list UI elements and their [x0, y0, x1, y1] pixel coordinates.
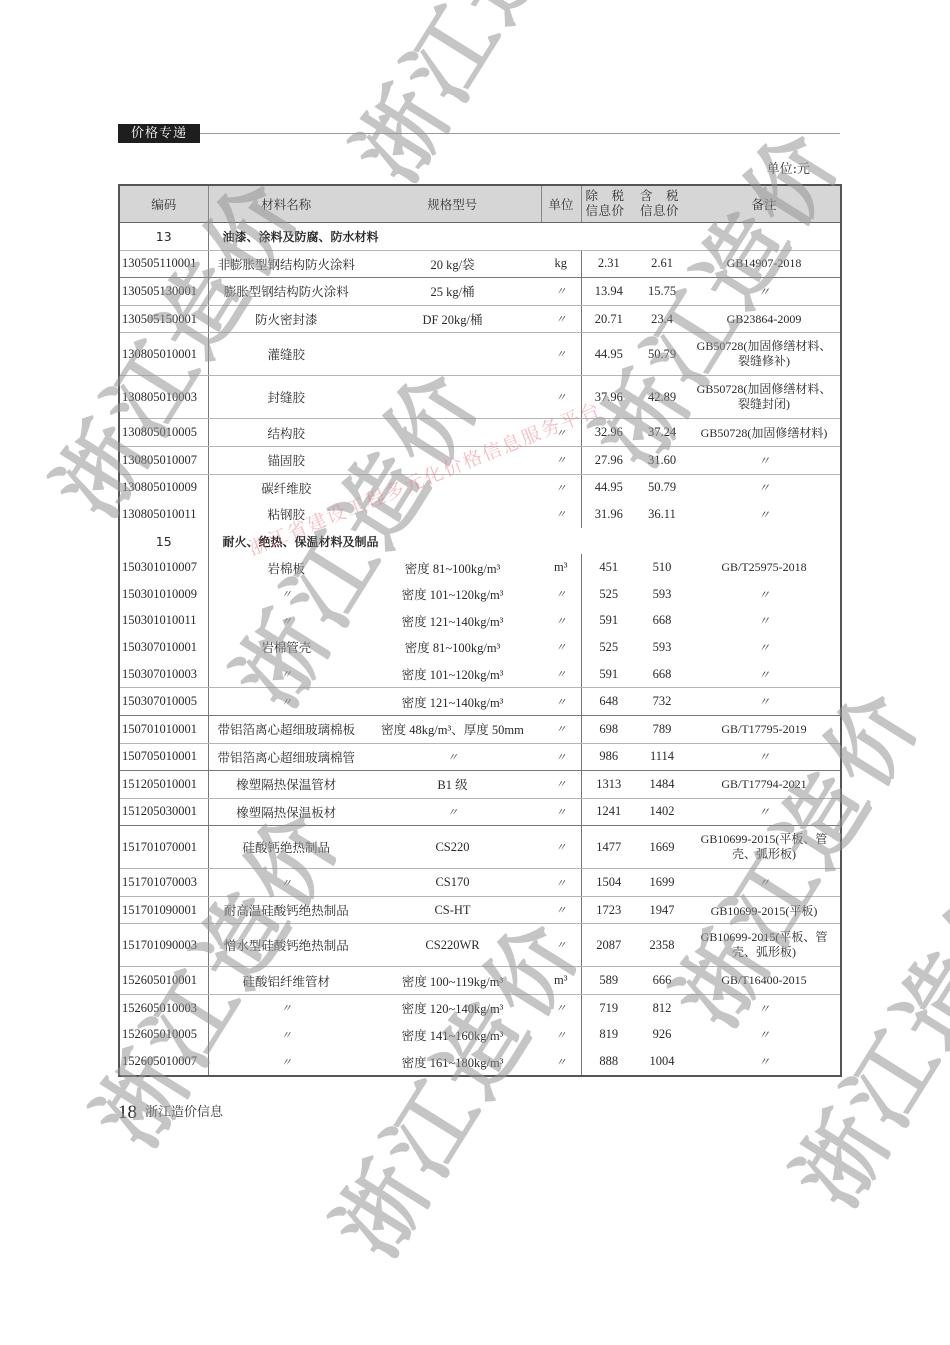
cell-code: 150301010011 — [119, 608, 208, 635]
cell-spec: DF 20kg/桶 — [364, 305, 541, 333]
cell-material-name: 〃 — [208, 608, 364, 635]
cell-unit: 〃 — [541, 581, 581, 608]
cell-spec: 20 kg/袋 — [364, 250, 541, 278]
cell-ex-tax-price: 32.96 — [581, 419, 636, 447]
table-row: 151701070001硅酸钙绝热制品CS220〃14771669GB10699… — [119, 826, 841, 869]
cell-unit: 〃 — [541, 419, 581, 447]
cell-code: 152605010001 — [119, 967, 208, 995]
cell-in-tax-price: 23.4 — [636, 305, 688, 333]
cell-spec — [364, 474, 541, 501]
cell-in-tax-price: 1004 — [636, 1048, 688, 1076]
cell-in-tax-price: 31.60 — [636, 446, 688, 474]
col-header-spec: 规格型号 — [364, 185, 541, 223]
cell-in-tax-price: 668 — [636, 608, 688, 635]
cell-spec: 25 kg/桶 — [364, 278, 541, 306]
cell-in-tax-price: 42.89 — [636, 376, 688, 419]
cell-note: 〃 — [688, 446, 841, 474]
cell-code: 130505130001 — [119, 278, 208, 306]
cell-note: GB50728(加固修缮材料、裂缝封闭) — [688, 376, 841, 419]
cell-ex-tax-price: 2087 — [581, 924, 636, 967]
table-row: 150301010009〃密度 101~120kg/m³〃525593〃 — [119, 581, 841, 608]
col-header-ex-tax-line1: 除 税 — [582, 189, 637, 204]
cell-spec: 〃 — [364, 798, 541, 826]
cell-unit: 〃 — [541, 688, 581, 716]
cell-unit: 〃 — [541, 826, 581, 869]
section-title: 油漆、涂料及防腐、防水材料 — [208, 223, 841, 251]
cell-material-name: 〃 — [208, 581, 364, 608]
col-header-unit: 单位 — [541, 185, 581, 223]
cell-code: 130805010011 — [119, 501, 208, 528]
table-row: 150301010011〃密度 121~140kg/m³〃591668〃 — [119, 608, 841, 635]
cell-unit: 〃 — [541, 1048, 581, 1076]
cell-ex-tax-price: 13.94 — [581, 278, 636, 306]
cell-ex-tax-price: 698 — [581, 715, 636, 743]
cell-spec: 密度 121~140kg/m³ — [364, 688, 541, 716]
cell-note: 〃 — [688, 581, 841, 608]
cell-spec: 密度 48kg/m³、厚度 50mm — [364, 715, 541, 743]
cell-material-name: 灌缝胶 — [208, 333, 364, 376]
table-row: 130505130001膨胀型钢结构防火涂料25 kg/桶〃13.9415.75… — [119, 278, 841, 306]
cell-ex-tax-price: 1504 — [581, 869, 636, 897]
cell-note: GB/T16400-2015 — [688, 967, 841, 995]
cell-note: GB23864-2009 — [688, 305, 841, 333]
cell-spec — [364, 376, 541, 419]
cell-unit: 〃 — [541, 634, 581, 661]
table-body: 13油漆、涂料及防腐、防水材料130505110001非膨胀型钢结构防火涂料20… — [119, 223, 841, 1076]
cell-code: 151701090003 — [119, 924, 208, 967]
cell-note: 〃 — [688, 501, 841, 528]
cell-in-tax-price: 732 — [636, 688, 688, 716]
cell-in-tax-price: 789 — [636, 715, 688, 743]
cell-code: 152605010005 — [119, 1022, 208, 1049]
cell-ex-tax-price: 986 — [581, 743, 636, 771]
cell-unit: 〃 — [541, 924, 581, 967]
cell-spec — [364, 419, 541, 447]
cell-ex-tax-price: 1723 — [581, 896, 636, 924]
cell-material-name: 岩棉管壳 — [208, 634, 364, 661]
cell-code: 151205010001 — [119, 771, 208, 799]
cell-unit: 〃 — [541, 501, 581, 528]
table-row: 151205030001橡塑隔热保温板材〃〃12411402〃 — [119, 798, 841, 826]
cell-in-tax-price: 668 — [636, 661, 688, 688]
col-header-code: 编码 — [119, 185, 208, 223]
cell-material-name: 封缝胶 — [208, 376, 364, 419]
table-row: 130805010001灌缝胶〃44.9550.79GB50728(加固修缮材料… — [119, 333, 841, 376]
cell-note: GB50728(加固修缮材料) — [688, 419, 841, 447]
cell-spec: 密度 81~100kg/m³ — [364, 634, 541, 661]
cell-ex-tax-price: 648 — [581, 688, 636, 716]
watermark-gray: 浙江造价 — [320, 0, 626, 202]
table-row: 151701090001耐高温硅酸钙绝热制品CS-HT〃17231947GB10… — [119, 896, 841, 924]
cell-ex-tax-price: 525 — [581, 634, 636, 661]
cell-note: GB50728(加固修缮材料、裂缝修补) — [688, 333, 841, 376]
price-table-container: 编码 材料名称 规格型号 单位 除 税 信息价 含 税 信息价 备注 13油漆、… — [118, 184, 840, 1077]
cell-in-tax-price: 926 — [636, 1022, 688, 1049]
cell-material-name: 锚固胶 — [208, 446, 364, 474]
cell-note: 〃 — [688, 634, 841, 661]
cell-note: GB/T25975-2018 — [688, 554, 841, 581]
cell-ex-tax-price: 1241 — [581, 798, 636, 826]
cell-unit: 〃 — [541, 743, 581, 771]
table-row: 150307010005〃密度 121~140kg/m³〃648732〃 — [119, 688, 841, 716]
magazine-name: 浙江造价信息 — [145, 1105, 223, 1120]
col-header-ex-tax-line2: 信息价 — [582, 204, 637, 219]
cell-code: 152605010003 — [119, 995, 208, 1022]
cell-code: 151701090001 — [119, 896, 208, 924]
cell-code: 151205030001 — [119, 798, 208, 826]
unit-note: 单位:元 — [767, 158, 810, 177]
col-header-in-tax: 含 税 信息价 — [636, 185, 688, 223]
table-row: 150307010001岩棉管壳密度 81~100kg/m³〃525593〃 — [119, 634, 841, 661]
cell-in-tax-price: 666 — [636, 967, 688, 995]
cell-code: 150705010001 — [119, 743, 208, 771]
cell-ex-tax-price: 591 — [581, 608, 636, 635]
cell-material-name: 橡塑隔热保温板材 — [208, 798, 364, 826]
section-header-row: 13油漆、涂料及防腐、防水材料 — [119, 223, 841, 251]
cell-code: 150307010005 — [119, 688, 208, 716]
cell-unit: 〃 — [541, 278, 581, 306]
cell-code: 130805010009 — [119, 474, 208, 501]
cell-in-tax-price: 1669 — [636, 826, 688, 869]
cell-unit: 〃 — [541, 995, 581, 1022]
cell-code: 130805010001 — [119, 333, 208, 376]
cell-in-tax-price: 50.79 — [636, 333, 688, 376]
cell-code: 130805010003 — [119, 376, 208, 419]
cell-spec: 〃 — [364, 743, 541, 771]
cell-spec: B1 级 — [364, 771, 541, 799]
col-header-ex-tax: 除 税 信息价 — [581, 185, 636, 223]
table-row: 151701090003憎水型硅酸钙绝热制品CS220WR〃20872358GB… — [119, 924, 841, 967]
cell-spec: 密度 121~140kg/m³ — [364, 608, 541, 635]
cell-unit: 〃 — [541, 1022, 581, 1049]
cell-spec — [364, 446, 541, 474]
table-row: 152605010005〃密度 141~160kg/m³〃819926〃 — [119, 1022, 841, 1049]
cell-material-name: 〃 — [208, 869, 364, 897]
cell-ex-tax-price: 451 — [581, 554, 636, 581]
cell-ex-tax-price: 819 — [581, 1022, 636, 1049]
cell-spec: 密度 101~120kg/m³ — [364, 581, 541, 608]
cell-in-tax-price: 593 — [636, 634, 688, 661]
cell-code: 151701070001 — [119, 826, 208, 869]
cell-material-name: 防火密封漆 — [208, 305, 364, 333]
cell-code: 130505110001 — [119, 250, 208, 278]
cell-spec — [364, 501, 541, 528]
cell-in-tax-price: 1114 — [636, 743, 688, 771]
cell-code: 130805010005 — [119, 419, 208, 447]
table-row: 130805010007锚固胶〃27.9631.60〃 — [119, 446, 841, 474]
cell-note: 〃 — [688, 798, 841, 826]
cell-material-name: 带铝箔离心超细玻璃棉板 — [208, 715, 364, 743]
col-header-in-tax-line2: 信息价 — [636, 204, 688, 219]
cell-unit: 〃 — [541, 608, 581, 635]
cell-spec: 密度 141~160kg/m³ — [364, 1022, 541, 1049]
cell-in-tax-price: 50.79 — [636, 474, 688, 501]
section-code: 15 — [119, 528, 208, 555]
cell-note: 〃 — [688, 661, 841, 688]
cell-note: 〃 — [688, 474, 841, 501]
cell-material-name: 〃 — [208, 1022, 364, 1049]
cell-code: 150701010001 — [119, 715, 208, 743]
cell-spec: CS220 — [364, 826, 541, 869]
table-row: 152605010003〃密度 120~140kg/m³〃719812〃 — [119, 995, 841, 1022]
cell-spec: 密度 81~100kg/m³ — [364, 554, 541, 581]
cell-in-tax-price: 1484 — [636, 771, 688, 799]
cell-note: 〃 — [688, 1022, 841, 1049]
cell-ex-tax-price: 27.96 — [581, 446, 636, 474]
cell-in-tax-price: 593 — [636, 581, 688, 608]
table-row: 151205010001橡塑隔热保温管材B1 级〃13131484GB/T177… — [119, 771, 841, 799]
cell-note: GB10699-2015(平板、管壳、弧形板) — [688, 924, 841, 967]
cell-code: 150301010009 — [119, 581, 208, 608]
page-footer: 18浙江造价信息 — [118, 1101, 223, 1124]
cell-spec — [364, 333, 541, 376]
cell-ex-tax-price: 44.95 — [581, 333, 636, 376]
cell-unit: 〃 — [541, 715, 581, 743]
col-header-note: 备注 — [688, 185, 841, 223]
cell-material-name: 硅酸铝纤维管材 — [208, 967, 364, 995]
cell-unit: 〃 — [541, 376, 581, 419]
cell-code: 130805010007 — [119, 446, 208, 474]
page-number: 18 — [118, 1102, 137, 1123]
cell-in-tax-price: 37.24 — [636, 419, 688, 447]
cell-material-name: 〃 — [208, 688, 364, 716]
cell-ex-tax-price: 719 — [581, 995, 636, 1022]
cell-in-tax-price: 36.11 — [636, 501, 688, 528]
cell-unit: m³ — [541, 554, 581, 581]
cell-note: 〃 — [688, 278, 841, 306]
cell-spec: CS170 — [364, 869, 541, 897]
cell-material-name: 碳纤维胶 — [208, 474, 364, 501]
cell-in-tax-price: 15.75 — [636, 278, 688, 306]
section-title: 耐火、绝热、保温材料及制品 — [208, 528, 841, 555]
cell-spec: 密度 120~140kg/m³ — [364, 995, 541, 1022]
cell-note: 〃 — [688, 743, 841, 771]
section-tag: 价格专递 — [118, 124, 200, 143]
cell-code: 151701070003 — [119, 869, 208, 897]
cell-note: 〃 — [688, 869, 841, 897]
col-header-name: 材料名称 — [208, 185, 364, 223]
table-row: 130505110001非膨胀型钢结构防火涂料20 kg/袋kg2.312.61… — [119, 250, 841, 278]
cell-unit: 〃 — [541, 798, 581, 826]
cell-material-name: 〃 — [208, 995, 364, 1022]
cell-unit: 〃 — [541, 869, 581, 897]
cell-material-name: 岩棉板 — [208, 554, 364, 581]
cell-code: 150307010003 — [119, 661, 208, 688]
table-row: 150301010007岩棉板密度 81~100kg/m³m³451510GB/… — [119, 554, 841, 581]
cell-in-tax-price: 1402 — [636, 798, 688, 826]
cell-in-tax-price: 1947 — [636, 896, 688, 924]
cell-code: 130505150001 — [119, 305, 208, 333]
cell-note: GB/T17794-2021 — [688, 771, 841, 799]
table-row: 152605010007〃密度 161~180kg/m³〃8881004〃 — [119, 1048, 841, 1076]
col-header-in-tax-line1: 含 税 — [636, 189, 688, 204]
cell-material-name: 〃 — [208, 1048, 364, 1076]
cell-ex-tax-price: 1313 — [581, 771, 636, 799]
cell-material-name: 非膨胀型钢结构防火涂料 — [208, 250, 364, 278]
cell-ex-tax-price: 591 — [581, 661, 636, 688]
cell-unit: 〃 — [541, 305, 581, 333]
cell-in-tax-price: 2.61 — [636, 250, 688, 278]
cell-in-tax-price: 2358 — [636, 924, 688, 967]
cell-in-tax-price: 1699 — [636, 869, 688, 897]
cell-material-name: 带铝箔离心超细玻璃棉管 — [208, 743, 364, 771]
cell-unit: 〃 — [541, 446, 581, 474]
cell-material-name: 膨胀型钢结构防火涂料 — [208, 278, 364, 306]
cell-ex-tax-price: 44.95 — [581, 474, 636, 501]
cell-ex-tax-price: 31.96 — [581, 501, 636, 528]
cell-in-tax-price: 812 — [636, 995, 688, 1022]
table-row: 130805010011粘钢胶〃31.9636.11〃 — [119, 501, 841, 528]
cell-material-name: 结构胶 — [208, 419, 364, 447]
cell-material-name: 硅酸钙绝热制品 — [208, 826, 364, 869]
cell-unit: kg — [541, 250, 581, 278]
table-row: 150701010001带铝箔离心超细玻璃棉板密度 48kg/m³、厚度 50m… — [119, 715, 841, 743]
cell-unit: 〃 — [541, 661, 581, 688]
cell-unit: m³ — [541, 967, 581, 995]
cell-note: 〃 — [688, 688, 841, 716]
table-row: 150705010001带铝箔离心超细玻璃棉管〃〃9861114〃 — [119, 743, 841, 771]
header-rule — [200, 133, 840, 134]
cell-note: GB10699-2015(平板) — [688, 896, 841, 924]
cell-code: 150301010007 — [119, 554, 208, 581]
cell-code: 150307010001 — [119, 634, 208, 661]
cell-in-tax-price: 510 — [636, 554, 688, 581]
cell-unit: 〃 — [541, 474, 581, 501]
cell-material-name: 橡塑隔热保温管材 — [208, 771, 364, 799]
cell-ex-tax-price: 20.71 — [581, 305, 636, 333]
cell-note: GB/T17795-2019 — [688, 715, 841, 743]
table-row: 130805010009碳纤维胶〃44.9550.79〃 — [119, 474, 841, 501]
cell-ex-tax-price: 589 — [581, 967, 636, 995]
cell-ex-tax-price: 888 — [581, 1048, 636, 1076]
cell-spec: CS220WR — [364, 924, 541, 967]
section-header-row: 15耐火、绝热、保温材料及制品 — [119, 528, 841, 555]
cell-note: 〃 — [688, 608, 841, 635]
cell-unit: 〃 — [541, 896, 581, 924]
cell-note: GB10699-2015(平板、管壳、弧形板) — [688, 826, 841, 869]
cell-note: 〃 — [688, 995, 841, 1022]
cell-ex-tax-price: 525 — [581, 581, 636, 608]
section-code: 13 — [119, 223, 208, 251]
cell-note: 〃 — [688, 1048, 841, 1076]
cell-spec: 密度 161~180kg/m³ — [364, 1048, 541, 1076]
cell-material-name: 耐高温硅酸钙绝热制品 — [208, 896, 364, 924]
cell-material-name: 〃 — [208, 661, 364, 688]
cell-code: 152605010007 — [119, 1048, 208, 1076]
cell-note: GB14907-2018 — [688, 250, 841, 278]
table-row: 150307010003〃密度 101~120kg/m³〃591668〃 — [119, 661, 841, 688]
cell-ex-tax-price: 2.31 — [581, 250, 636, 278]
cell-unit: 〃 — [541, 333, 581, 376]
price-table: 编码 材料名称 规格型号 单位 除 税 信息价 含 税 信息价 备注 13油漆、… — [118, 184, 842, 1077]
cell-ex-tax-price: 37.96 — [581, 376, 636, 419]
table-row: 130505150001防火密封漆DF 20kg/桶〃20.7123.4GB23… — [119, 305, 841, 333]
cell-material-name: 憎水型硅酸钙绝热制品 — [208, 924, 364, 967]
table-row: 130805010003封缝胶〃37.9642.89GB50728(加固修缮材料… — [119, 376, 841, 419]
table-row: 152605010001硅酸铝纤维管材密度 100~119kg/m³m³5896… — [119, 967, 841, 995]
table-row: 151701070003〃CS170〃15041699〃 — [119, 869, 841, 897]
cell-unit: 〃 — [541, 771, 581, 799]
cell-ex-tax-price: 1477 — [581, 826, 636, 869]
cell-spec: 密度 101~120kg/m³ — [364, 661, 541, 688]
cell-material-name: 粘钢胶 — [208, 501, 364, 528]
cell-spec: CS-HT — [364, 896, 541, 924]
table-header-row: 编码 材料名称 规格型号 单位 除 税 信息价 含 税 信息价 备注 — [119, 185, 841, 223]
table-row: 130805010005结构胶〃32.9637.24GB50728(加固修缮材料… — [119, 419, 841, 447]
cell-spec: 密度 100~119kg/m³ — [364, 967, 541, 995]
